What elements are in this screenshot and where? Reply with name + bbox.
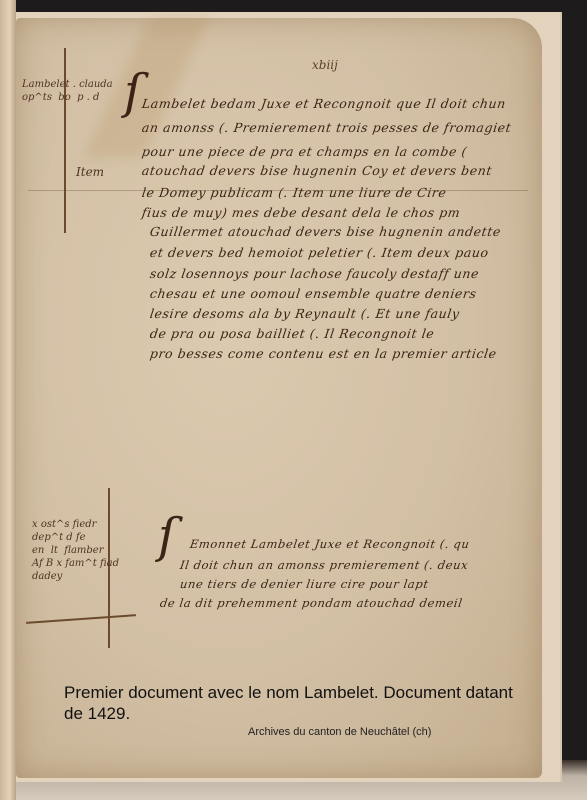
- manuscript-line: Il doit chun an amonss premierement (. d…: [179, 558, 469, 572]
- manuscript-line: solz losennoys pour lachose faucoly dest…: [149, 266, 480, 281]
- manuscript-line: Emonnet Lambelet Juxe et Recongnoit (. q…: [189, 537, 471, 551]
- manuscript-line: pro besses come contenu est en la premie…: [149, 346, 498, 361]
- margin-note-bottom: x ost^s fiedr dep^t d fe en lt flamber A…: [32, 518, 119, 583]
- manuscript-line: Guillermet atouchad devers bise hugnenin…: [149, 224, 502, 239]
- caption-credit: Archives du canton de Neuchâtel (ch): [248, 726, 431, 738]
- folio-number: xbiij: [312, 58, 338, 72]
- manuscript-line: de la dit prehemment pondam atouchad dem…: [159, 596, 464, 610]
- manuscript-line: pour une piece de pra et champs en la co…: [141, 144, 468, 159]
- manuscript-line: le Domey publicam (. Item une liure de C…: [141, 185, 448, 200]
- manuscript-line: an amonss (. Premierement trois pesses d…: [141, 120, 513, 135]
- margin-note-top: Lambelet . clauda op^ts bo p . d: [22, 78, 113, 104]
- margin-ruling-vertical: [64, 48, 66, 233]
- left-page-edge: [0, 0, 16, 800]
- manuscript-line: lesire desoms ala by Reynault (. Et une …: [149, 306, 461, 321]
- manuscript-line: de pra ou posa bailliet (. Il Recongnoit…: [149, 326, 436, 341]
- decorated-initial-e: ſ: [158, 508, 176, 564]
- caption-title: Premier document avec le nom Lambelet. D…: [64, 682, 534, 724]
- manuscript-line: fius de muy) mes debe desant dela le cho…: [141, 205, 461, 220]
- manuscript-line: chesau et une oomoul ensemble quatre den…: [149, 286, 478, 301]
- manuscript-line: et devers bed hemoiot peletier (. Item d…: [149, 245, 490, 260]
- manuscript-line: atouchad devers bise hugnenin Coy et dev…: [141, 163, 493, 178]
- margin-note-item: Item: [76, 166, 104, 179]
- manuscript-line: Lambelet bedam Juxe et Recongnoit que Il…: [141, 96, 507, 111]
- manuscript-line: une tiers de denier liure cire pour lapt: [179, 577, 430, 591]
- margin-ruling-lower: [26, 614, 136, 623]
- decorated-initial-l: ſ: [124, 64, 142, 120]
